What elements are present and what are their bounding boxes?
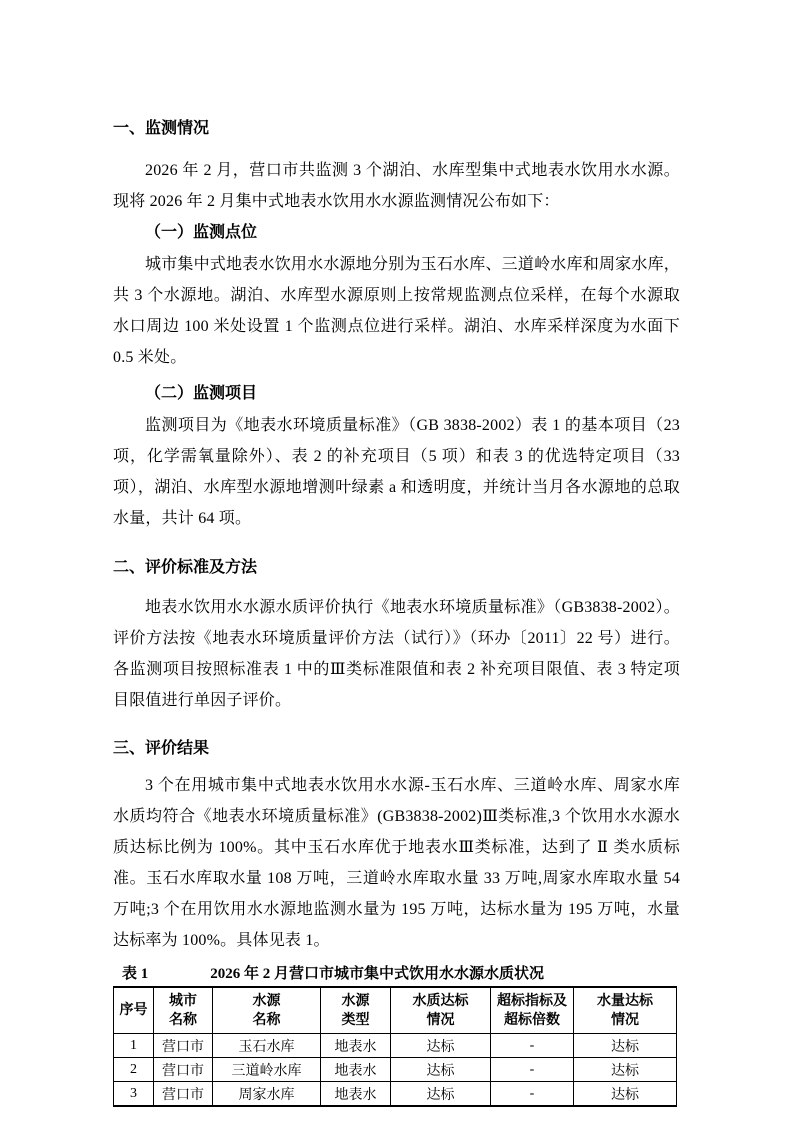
table-caption: 表 1 2026 年 2 月营口市城市集中式饮用水水源水质状况 <box>113 959 680 986</box>
table-header-cell: 水量达标 情况 <box>574 987 677 1034</box>
section-2-heading: 二、评价标准及方法 <box>113 552 680 583</box>
header-label: 名称 <box>154 1011 212 1030</box>
table-cell: 营口市 <box>154 1034 213 1058</box>
table-header-cell: 超标指标及 超标倍数 <box>491 987 574 1034</box>
header-label: 水源 <box>321 992 390 1011</box>
table-cell: 地表水 <box>321 1058 391 1082</box>
table-cell: 营口市 <box>154 1058 213 1082</box>
table-cell: - <box>491 1058 574 1082</box>
header-label: 水源 <box>213 992 320 1011</box>
header-label: 超标指标及 <box>491 992 573 1011</box>
section-3-heading: 三、评价结果 <box>113 733 680 764</box>
table-cell: 1 <box>114 1034 154 1058</box>
header-label: 水量达标 <box>574 992 676 1011</box>
table-cell: 2 <box>114 1058 154 1082</box>
table-caption-label: 表 1 <box>122 962 148 983</box>
table-cell: 地表水 <box>321 1034 391 1058</box>
table-cell: - <box>491 1034 574 1058</box>
document-page: 一、监测情况 2026 年 2 月，营口市共监测 3 个湖泊、水库型集中式地表水… <box>0 0 793 1122</box>
table-row: 1 营口市 玉石水库 地表水 达标 - 达标 <box>114 1034 677 1058</box>
table-header-cell: 水源 名称 <box>213 987 321 1034</box>
table-cell: 玉石水库 <box>213 1034 321 1058</box>
header-label: 水质达标 <box>391 992 490 1011</box>
table-cell: 三道岭水库 <box>213 1058 321 1082</box>
table-cell: 达标 <box>574 1034 677 1058</box>
table-cell: 达标 <box>391 1034 491 1058</box>
table-caption-title: 2026 年 2 月营口市城市集中式饮用水水源水质状况 <box>210 962 544 983</box>
table-cell: 达标 <box>574 1058 677 1082</box>
subsection-1-1-heading: （一）监测点位 <box>113 217 680 248</box>
table-row: 3 营口市 周家水库 地表水 达标 - 达标 <box>114 1082 677 1107</box>
table-cell: 3 <box>114 1082 154 1107</box>
table-header-cell: 水源 类型 <box>321 987 391 1034</box>
table-cell: 达标 <box>391 1058 491 1082</box>
table-cell: 达标 <box>391 1082 491 1107</box>
table-header-row: 序号 城市 名称 水源 名称 水源 类型 水质达标 情况 <box>114 987 677 1034</box>
table-cell: - <box>491 1082 574 1107</box>
table-header-cell: 序号 <box>114 987 154 1034</box>
table-cell: 周家水库 <box>213 1082 321 1107</box>
section-2-paragraph: 地表水饮用水水源水质评价执行《地表水环境质量标准》（GB3838-2002）。评… <box>113 592 680 716</box>
table-cell: 营口市 <box>154 1082 213 1107</box>
subsection-1-1-paragraph: 城市集中式地表水饮用水水源地分别为玉石水库、三道岭水库和周家水库，共 3 个水源… <box>113 249 680 373</box>
table-row: 2 营口市 三道岭水库 地表水 达标 - 达标 <box>114 1058 677 1082</box>
water-quality-table: 序号 城市 名称 水源 名称 水源 类型 水质达标 情况 <box>113 986 677 1107</box>
header-label: 名称 <box>213 1011 320 1030</box>
header-label: 超标倍数 <box>491 1011 573 1030</box>
header-label: 情况 <box>574 1011 676 1030</box>
header-label: 情况 <box>391 1011 490 1030</box>
header-label: 城市 <box>154 992 212 1011</box>
section-1-heading: 一、监测情况 <box>113 113 680 144</box>
table-cell: 地表水 <box>321 1082 391 1107</box>
section-3-paragraph: 3 个在用城市集中式地表水饮用水水源-玉石水库、三道岭水库、周家水库水质均符合《… <box>113 770 680 956</box>
section-1-paragraph: 2026 年 2 月，营口市共监测 3 个湖泊、水库型集中式地表水饮用水水源。现… <box>113 155 680 217</box>
table-cell: 达标 <box>574 1082 677 1107</box>
table-header-cell: 水质达标 情况 <box>391 987 491 1034</box>
header-label: 序号 <box>114 1001 153 1020</box>
subsection-1-2-paragraph: 监测项目为《地表水环境质量标准》（GB 3838-2002）表 1 的基本项目（… <box>113 410 680 534</box>
subsection-1-2-heading: （二）监测项目 <box>113 378 680 409</box>
header-label: 类型 <box>321 1011 390 1030</box>
table-header-cell: 城市 名称 <box>154 987 213 1034</box>
